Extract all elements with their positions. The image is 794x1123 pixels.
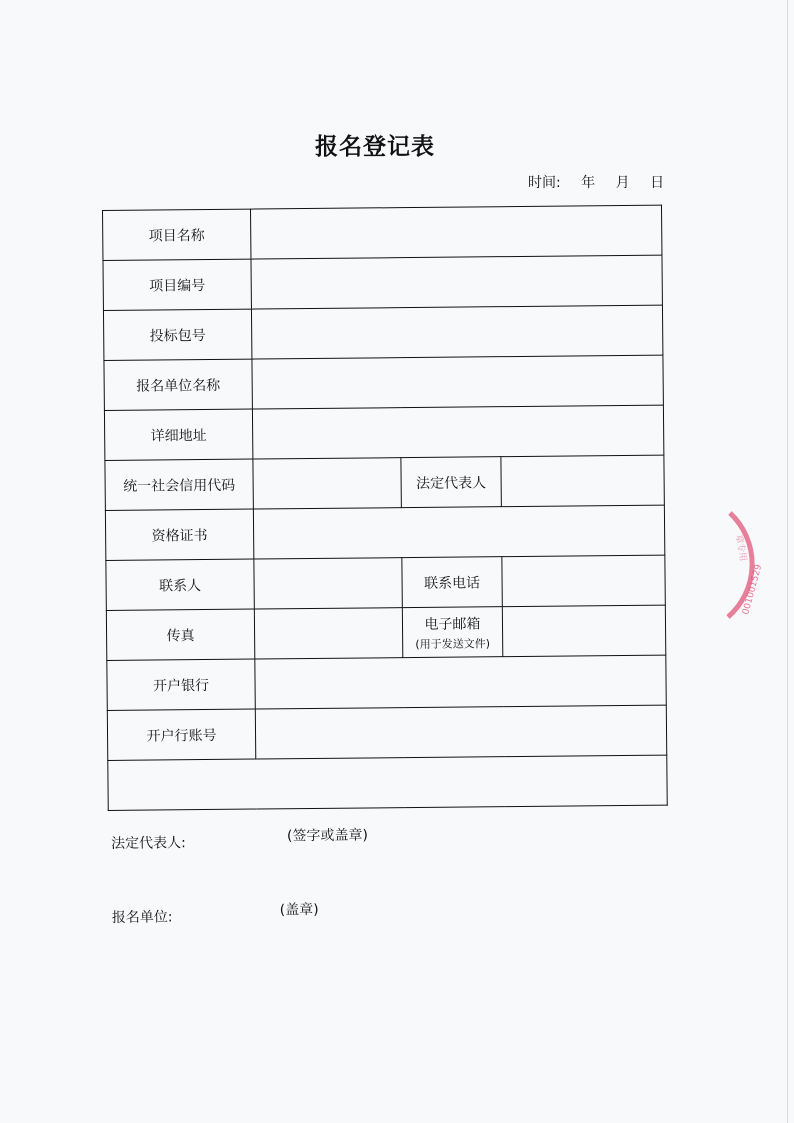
form-row-bank: 开户银行 [107, 655, 666, 710]
legal-rep-sign-label: 法定代表人: [111, 832, 186, 853]
legal-rep-sign-hint: (签字或盖章) [287, 824, 368, 845]
form-row-credit-code: 统一社会信用代码 法定代表人 [105, 455, 664, 510]
form-row-address: 详细地址 [104, 405, 663, 460]
form-row-certificate: 资格证书 [105, 505, 664, 560]
seal-stamp-icon: 章专用 001001529 [708, 505, 788, 625]
date-label: 时间: [528, 175, 561, 191]
label-project-name: 项目名称 [103, 209, 251, 260]
form-row-contact: 联系人 联系电话 [106, 555, 665, 610]
label-email: 电子邮箱 (用于发送文件) [402, 607, 502, 658]
document-title: 报名登记表 [0, 128, 750, 161]
field-email[interactable] [502, 605, 665, 657]
form-row-project-number: 项目编号 [103, 255, 662, 310]
form-row-fax: 传真 电子邮箱 (用于发送文件) [106, 605, 665, 660]
form-row-unit-name: 报名单位名称 [104, 355, 663, 410]
field-phone[interactable] [502, 555, 665, 607]
date-month: 月 [616, 175, 630, 191]
label-bank: 开户银行 [107, 659, 255, 710]
field-project-name[interactable] [250, 205, 661, 259]
label-email-note: (用于发送文件) [403, 635, 502, 652]
field-credit-code[interactable] [253, 458, 401, 509]
unit-sign-hint: (盖章) [280, 899, 319, 919]
field-fax[interactable] [254, 608, 402, 659]
registration-form: 项目名称 项目编号 投标包号 报名单位名称 详细地址 统一社会信用代码 法定代表… [102, 205, 668, 811]
label-credit-code: 统一社会信用代码 [105, 459, 253, 510]
label-legal-rep: 法定代表人 [401, 457, 501, 508]
form-row-project-name: 项目名称 [103, 205, 662, 260]
label-bid-package: 投标包号 [103, 309, 251, 360]
unit-sign-label: 报名单位: [112, 906, 173, 927]
label-project-number: 项目编号 [103, 259, 251, 310]
field-contact[interactable] [254, 558, 402, 609]
label-contact: 联系人 [106, 559, 254, 610]
field-address[interactable] [252, 405, 663, 459]
field-legal-rep[interactable] [501, 455, 664, 507]
label-fax: 传真 [106, 609, 254, 660]
date-line: 时间: 年 月 日 [528, 172, 674, 192]
label-certificate: 资格证书 [105, 509, 253, 560]
label-phone: 联系电话 [402, 557, 502, 608]
field-project-number[interactable] [251, 255, 662, 309]
field-unit-name[interactable] [252, 355, 663, 409]
field-certificate[interactable] [253, 505, 664, 559]
form-row-bid-package: 投标包号 [103, 305, 662, 360]
field-bank[interactable] [255, 655, 666, 709]
field-bid-package[interactable] [251, 305, 662, 359]
form-row-account: 开户行账号 [107, 705, 666, 760]
label-email-text: 电子邮箱 [424, 616, 480, 633]
form-row-signature: 法定代表人: (签字或盖章) 报名单位: (盖章) [108, 755, 667, 810]
date-year: 年 [581, 175, 595, 191]
label-unit-name: 报名单位名称 [104, 359, 252, 410]
label-account: 开户行账号 [107, 709, 255, 760]
field-account[interactable] [255, 705, 666, 759]
date-day: 日 [650, 175, 664, 191]
signature-area[interactable]: 法定代表人: (签字或盖章) 报名单位: (盖章) [108, 755, 667, 810]
label-address: 详细地址 [104, 409, 252, 460]
stamp-number: 001001529 [741, 563, 764, 616]
